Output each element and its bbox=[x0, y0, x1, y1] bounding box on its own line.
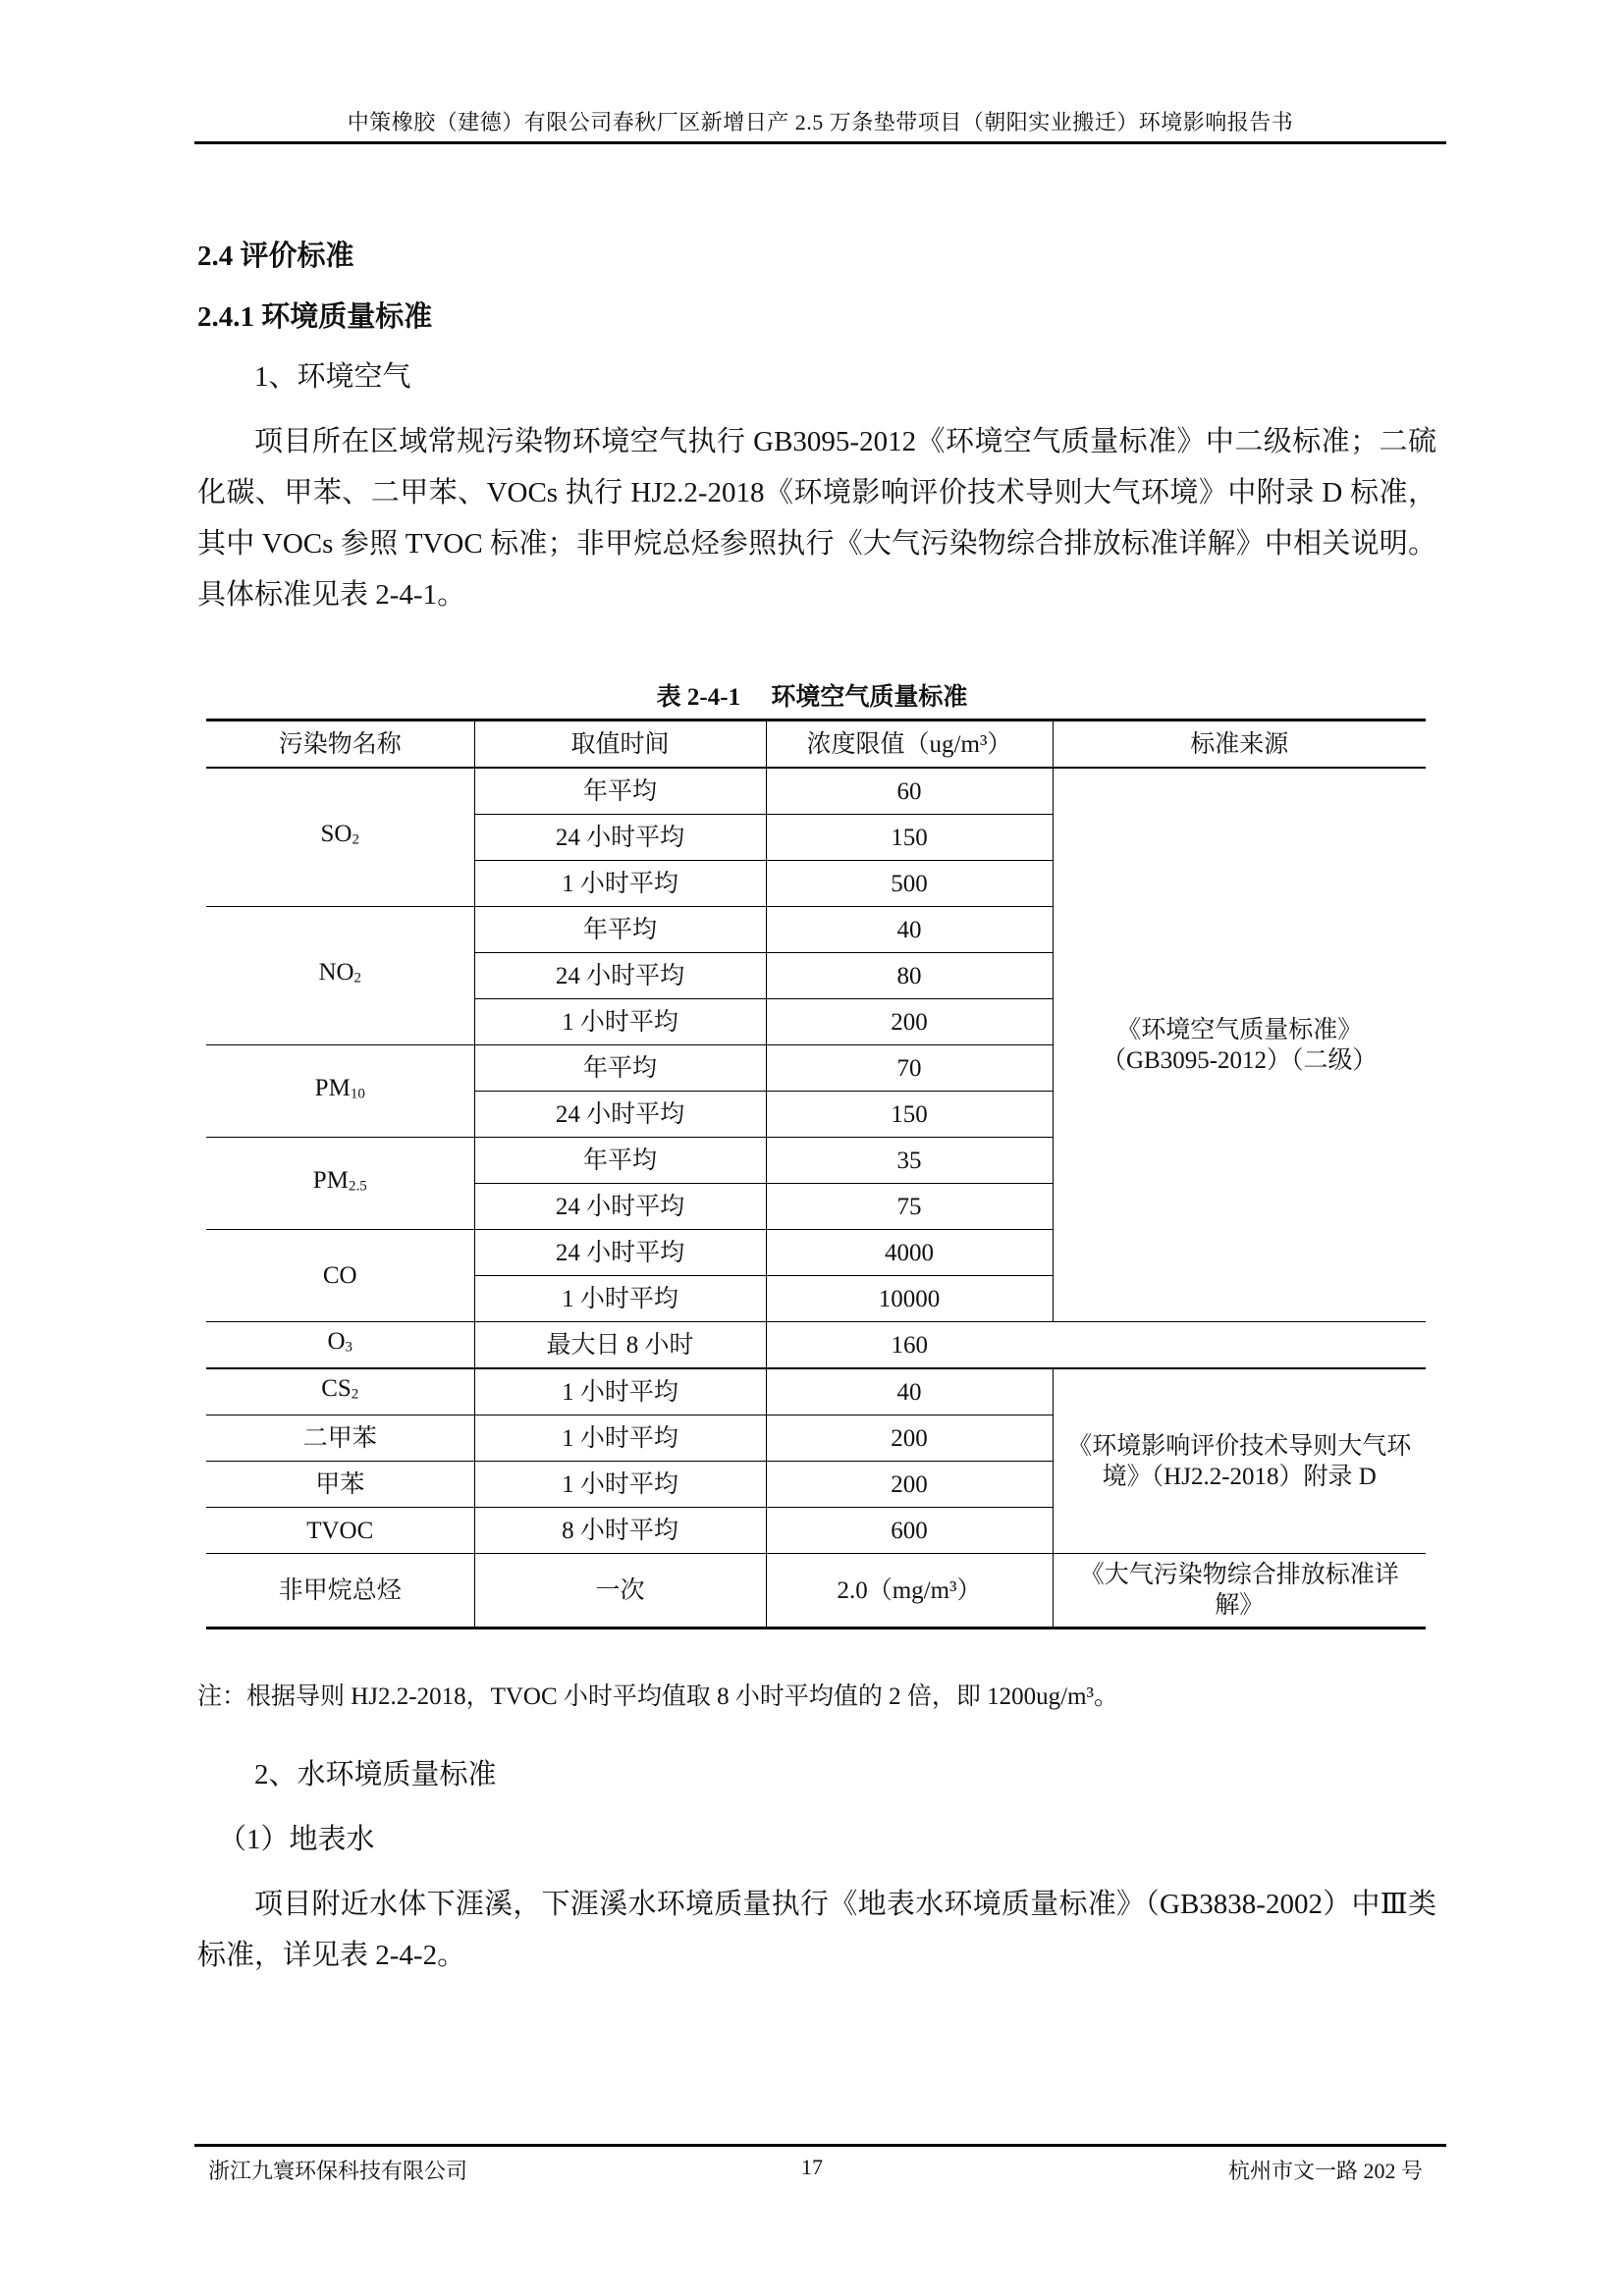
pollutant-cell: PM2.5 bbox=[206, 1138, 474, 1230]
time-cell: 年平均 bbox=[474, 907, 766, 953]
source-cell-nmhc: 《大气污染物综合排放标准详解》 bbox=[1053, 1554, 1426, 1629]
time-cell: 年平均 bbox=[474, 1045, 766, 1092]
source-cell-hj2-2: 《环境影响评价技术导则大气环境》（HJ2.2-2018）附录 D bbox=[1053, 1368, 1426, 1554]
water-heading: 2、水环境质量标准 bbox=[197, 1749, 1436, 1800]
time-cell: 24 小时平均 bbox=[474, 953, 766, 999]
time-cell: 24 小时平均 bbox=[474, 1230, 766, 1276]
air-paragraph: 项目所在区域常规污染物环境空气执行 GB3095-2012《环境空气质量标准》中… bbox=[197, 416, 1436, 620]
section-heading-2-4: 2.4 评价标准 bbox=[197, 234, 354, 274]
value-cell: 200 bbox=[766, 1415, 1053, 1462]
pollutant-cell: 非甲烷总烃 bbox=[206, 1554, 474, 1629]
value-cell: 2.0（mg/m³） bbox=[766, 1554, 1053, 1629]
pollutant-cell: CS2 bbox=[206, 1368, 474, 1415]
pollutant-cell: CO bbox=[206, 1230, 474, 1322]
value-cell: 70 bbox=[766, 1045, 1053, 1092]
pollutant-cell: SO2 bbox=[206, 768, 474, 907]
source-cell-gb3095: 《环境空气质量标准》（GB3095-2012）（二级） bbox=[1053, 768, 1426, 1322]
value-cell: 10000 bbox=[766, 1276, 1053, 1322]
value-cell: 150 bbox=[766, 1092, 1053, 1138]
pollutant-cell: O3 bbox=[206, 1322, 474, 1369]
time-cell: 年平均 bbox=[474, 768, 766, 815]
pollutant-cell: TVOC bbox=[206, 1508, 474, 1554]
header-concentration-limit: 浓度限值（ug/m³） bbox=[766, 721, 1053, 769]
value-cell: 60 bbox=[766, 768, 1053, 815]
value-cell: 80 bbox=[766, 953, 1053, 999]
value-cell: 200 bbox=[766, 1462, 1053, 1508]
table-caption: 表 2-4-1 环境空气质量标准 bbox=[0, 677, 1624, 713]
value-cell: 200 bbox=[766, 999, 1053, 1045]
header-rule bbox=[194, 141, 1446, 144]
value-cell: 600 bbox=[766, 1508, 1053, 1554]
time-cell: 24 小时平均 bbox=[474, 815, 766, 861]
table-row: 非甲烷总烃 一次 2.0（mg/m³） 《大气污染物综合排放标准详解》 bbox=[206, 1554, 1426, 1629]
time-cell: 一次 bbox=[474, 1554, 766, 1629]
time-cell: 1 小时平均 bbox=[474, 1462, 766, 1508]
time-cell: 1 小时平均 bbox=[474, 999, 766, 1045]
footer-rule bbox=[194, 2144, 1446, 2147]
pollutant-cell: 二甲苯 bbox=[206, 1415, 474, 1462]
water-paragraph: 项目附近水体下涯溪，下涯溪水环境质量执行《地表水环境质量标准》（GB3838-2… bbox=[197, 1879, 1436, 1981]
value-cell: 40 bbox=[766, 907, 1053, 953]
table-header-row: 污染物名称 取值时间 浓度限值（ug/m³） 标准来源 bbox=[206, 721, 1426, 769]
time-cell: 1 小时平均 bbox=[474, 1276, 766, 1322]
table-row: O3 最大日 8 小时 160 bbox=[206, 1322, 1426, 1369]
time-cell: 1 小时平均 bbox=[474, 1368, 766, 1415]
time-cell: 24 小时平均 bbox=[474, 1184, 766, 1230]
time-cell: 8 小时平均 bbox=[474, 1508, 766, 1554]
time-cell: 1 小时平均 bbox=[474, 861, 766, 907]
header-standard-source: 标准来源 bbox=[1053, 721, 1426, 769]
value-cell: 150 bbox=[766, 815, 1053, 861]
pollutant-cell: PM10 bbox=[206, 1045, 474, 1138]
footer-address: 杭州市文一路 202 号 bbox=[1228, 2155, 1423, 2185]
time-cell: 最大日 8 小时 bbox=[474, 1322, 766, 1369]
time-cell: 年平均 bbox=[474, 1138, 766, 1184]
value-cell: 75 bbox=[766, 1184, 1053, 1230]
header-averaging-time: 取值时间 bbox=[474, 721, 766, 769]
time-cell: 24 小时平均 bbox=[474, 1092, 766, 1138]
table-row: SO2 年平均 60 《环境空气质量标准》（GB3095-2012）（二级） bbox=[206, 768, 1426, 815]
time-cell: 1 小时平均 bbox=[474, 1415, 766, 1462]
value-cell: 160 bbox=[766, 1322, 1053, 1369]
section-heading-2-4-1: 2.4.1 环境质量标准 bbox=[197, 294, 432, 335]
value-cell: 4000 bbox=[766, 1230, 1053, 1276]
table-row: CS2 1 小时平均 40 《环境影响评价技术导则大气环境》（HJ2.2-201… bbox=[206, 1368, 1426, 1415]
header-pollutant: 污染物名称 bbox=[206, 721, 474, 769]
air-quality-standards-table: 污染物名称 取值时间 浓度限值（ug/m³） 标准来源 SO2 年平均 60 《… bbox=[206, 719, 1426, 1629]
pollutant-cell: 甲苯 bbox=[206, 1462, 474, 1508]
surface-water-heading: （1）地表水 bbox=[218, 1814, 1457, 1865]
air-heading: 1、环境空气 bbox=[197, 351, 1436, 402]
table-note: 注：根据导则 HJ2.2-2018，TVOC 小时平均值取 8 小时平均值的 2… bbox=[197, 1677, 1118, 1712]
value-cell: 35 bbox=[766, 1138, 1053, 1184]
value-cell: 500 bbox=[766, 861, 1053, 907]
value-cell: 40 bbox=[766, 1368, 1053, 1415]
pollutant-cell: NO2 bbox=[206, 907, 474, 1045]
running-header: 中策橡胶（建德）有限公司春秋厂区新增日产 2.5 万条垫带项目（朝阳实业搬迁）环… bbox=[194, 106, 1446, 136]
